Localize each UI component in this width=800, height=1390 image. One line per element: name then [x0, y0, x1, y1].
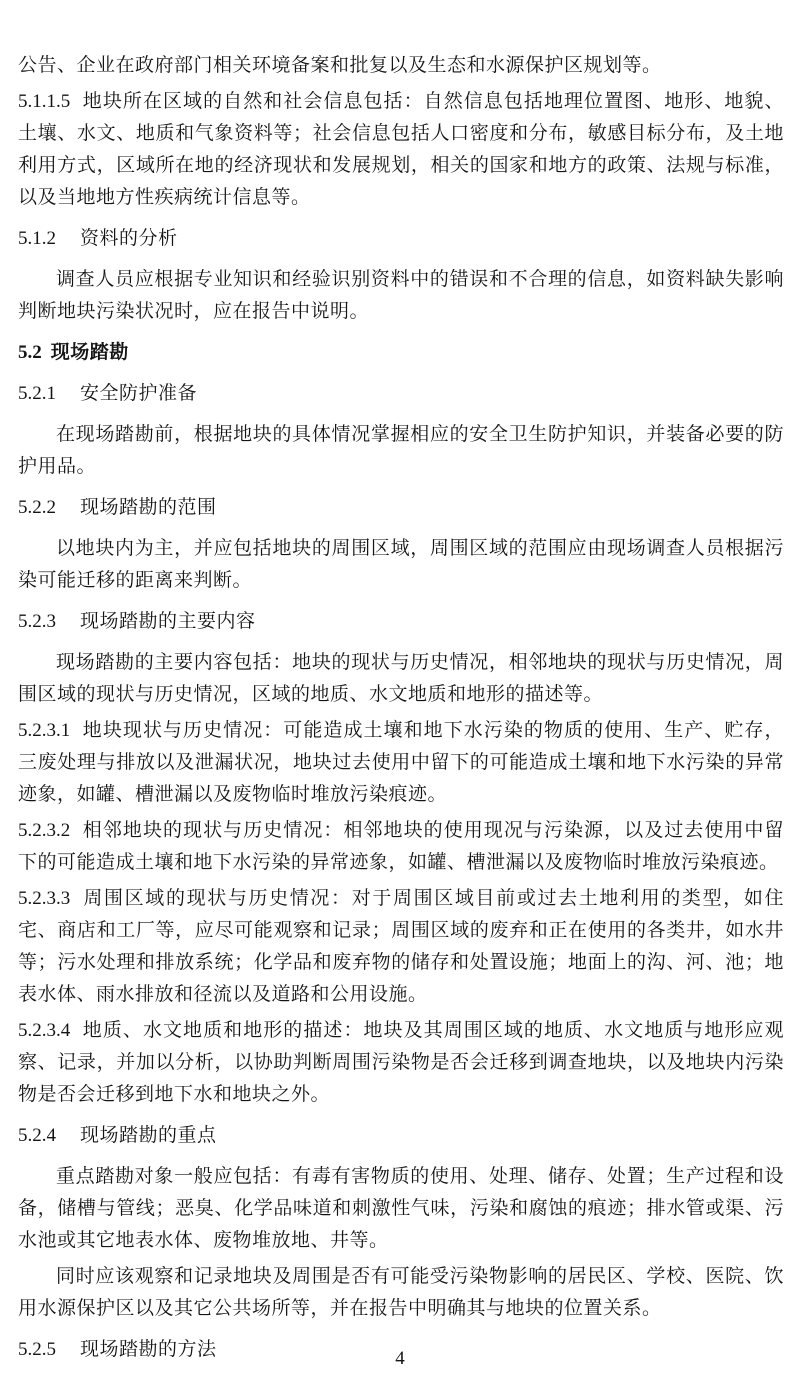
clause-text: 地块现状与历史情况：可能造成土壤和地下水污染的物质的使用、生产、贮存，三废处理与…: [18, 720, 784, 805]
paragraph-safety-preparation: 在现场踏勘前，根据地块的具体情况掌握相应的安全卫生防护知识，并装备必要的防护用品…: [18, 419, 784, 483]
heading-5-1-2: 5.1.2资料的分析: [18, 223, 784, 255]
heading-text: 现场踏勘的主要内容: [80, 611, 256, 632]
clause-number: 5.2.3.2: [18, 820, 70, 841]
document-content: 公告、企业在政府部门相关环境备案和批复以及生态和水源保护区规划等。 5.1.1.…: [0, 0, 800, 1366]
clause-text: 地质、水文地质和地形的描述：地块及其周围区域的地质、水文地质与地形应观察、记录，…: [18, 1020, 784, 1105]
heading-text: 安全防护准备: [80, 383, 197, 404]
clause-5-2-3-2: 5.2.3.2相邻地块的现状与历史情况：相邻地块的使用现况与污染源，以及过去使用…: [18, 815, 784, 879]
heading-number: 5.2.2: [18, 497, 56, 518]
clause-number: 5.1.1.5: [18, 91, 70, 112]
clause-5-1-1-5: 5.1.1.5地块所在区域的自然和社会信息包括：自然信息包括地理位置图、地形、地…: [18, 86, 784, 214]
paragraph-continuation: 公告、企业在政府部门相关环境备案和批复以及生态和水源保护区规划等。: [18, 50, 784, 82]
clause-text: 周围区域的现状与历史情况：对于周围区域目前或过去土地利用的类型，如住宅、商店和工…: [18, 888, 784, 1005]
heading-text: 现场踏勘的范围: [80, 497, 217, 518]
heading-5-2-1: 5.2.1安全防护准备: [18, 378, 784, 410]
clause-5-2-3-4: 5.2.3.4地质、水文地质和地形的描述：地块及其周围区域的地质、水文地质与地形…: [18, 1015, 784, 1111]
paragraph-survey-main-content: 现场踏勘的主要内容包括：地块的现状与历史情况，相邻地块的现状与历史情况，周围区域…: [18, 647, 784, 711]
document-page: 公告、企业在政府部门相关环境备案和批复以及生态和水源保护区规划等。 5.1.1.…: [0, 0, 800, 1390]
heading-text: 资料的分析: [80, 228, 178, 249]
clause-number: 5.2.3.4: [18, 1020, 70, 1041]
heading-number: 5.2.3: [18, 611, 56, 632]
heading-text: 现场踏勘的重点: [80, 1125, 217, 1146]
heading-5-2: 5.2现场踏勘: [18, 337, 784, 369]
heading-5-2-4: 5.2.4现场踏勘的重点: [18, 1120, 784, 1152]
clause-number: 5.2.3.1: [18, 720, 70, 741]
heading-number: 5.2.1: [18, 383, 56, 404]
clause-5-2-3-1: 5.2.3.1地块现状与历史情况：可能造成土壤和地下水污染的物质的使用、生产、贮…: [18, 715, 784, 811]
clause-5-2-3-3: 5.2.3.3周围区域的现状与历史情况：对于周围区域目前或过去土地利用的类型，如…: [18, 883, 784, 1011]
clause-text: 地块所在区域的自然和社会信息包括：自然信息包括地理位置图、地形、地貌、土壤、水文…: [18, 91, 784, 208]
paragraph-data-analysis: 调查人员应根据专业知识和经验识别资料中的错误和不合理的信息，如资料缺失影响判断地…: [18, 264, 784, 328]
paragraph-survey-scope: 以地块内为主，并应包括地块的周围区域，周围区域的范围应由现场调查人员根据污染可能…: [18, 533, 784, 597]
heading-number: 5.1.2: [18, 228, 56, 249]
paragraph-survey-key-points: 重点踏勘对象一般应包括：有毒有害物质的使用、处理、储存、处置；生产过程和设备，储…: [18, 1161, 784, 1257]
clause-text: 相邻地块的现状与历史情况：相邻地块的使用现况与污染源，以及过去使用中留下的可能造…: [18, 820, 784, 873]
page-number: 4: [0, 1348, 800, 1370]
heading-5-2-2: 5.2.2现场踏勘的范围: [18, 492, 784, 524]
heading-5-2-3: 5.2.3现场踏勘的主要内容: [18, 606, 784, 638]
clause-number: 5.2.3.3: [18, 888, 70, 909]
paragraph-sensitive-receptors: 同时应该观察和记录地块及周围是否有可能受污染物影响的居民区、学校、医院、饮用水源…: [18, 1261, 784, 1325]
heading-text: 现场踏勘: [51, 342, 129, 363]
heading-number: 5.2: [18, 342, 42, 363]
heading-number: 5.2.4: [18, 1125, 56, 1146]
